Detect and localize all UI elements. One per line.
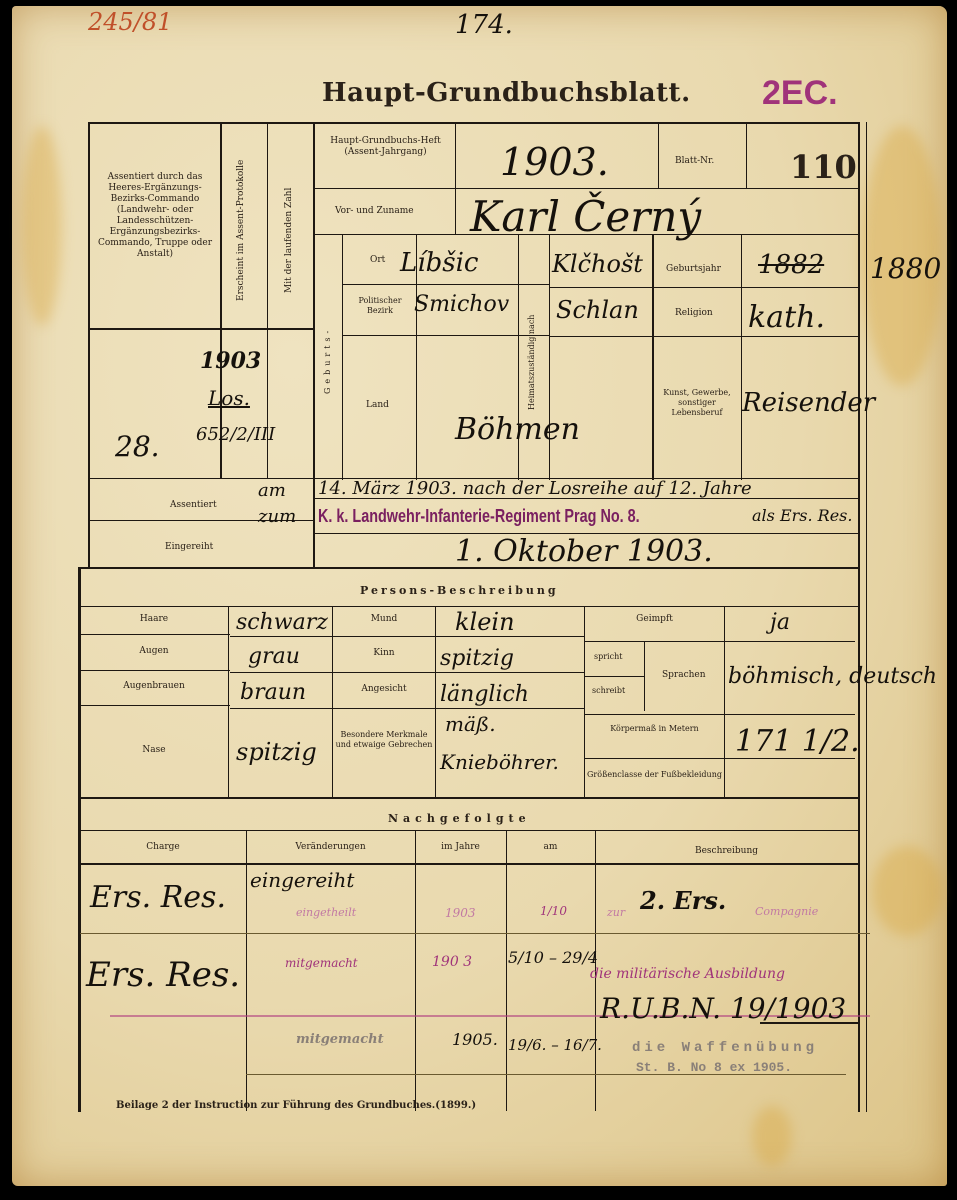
mund-label: Mund	[333, 614, 435, 625]
persons-section-title: Persons-Beschreibung	[360, 584, 559, 597]
row1-beschreibung-prefix: zur	[607, 906, 625, 919]
beruf-value: Reisender	[742, 388, 875, 418]
name-label: Vor- und Zuname	[335, 206, 414, 217]
geburts-label: Geburts-	[323, 300, 333, 420]
eingereiht-label: Eingereiht	[165, 542, 213, 553]
merkmale-value-2: Knieböhrer.	[440, 750, 559, 774]
row1-veraenderung-stamp: eingetheilt	[296, 906, 356, 919]
heft-label: Haupt-Grundbuchs-Heft (Assent-Jahrgang)	[318, 136, 453, 158]
nase-label: Nase	[80, 745, 228, 756]
heimat-label: Heimatszuständig nach	[527, 250, 537, 475]
row3-beschreibung-stamp: die Waffenübung	[632, 1040, 818, 1056]
row2-beschreibung-hand: R.U.B.N. 19/1903	[600, 992, 846, 1025]
geimpft-value: ja	[770, 610, 790, 635]
blatt-label: Blatt-Nr.	[675, 156, 714, 167]
page-title: Haupt-Grundbuchsblatt.	[322, 78, 691, 108]
geburtsjahr-struck-value: 1882	[758, 250, 824, 280]
angesicht-value: länglich	[440, 682, 529, 707]
angesicht-label: Angesicht	[333, 684, 435, 695]
zum-value: zum	[258, 506, 296, 527]
kinn-label: Kinn	[333, 648, 435, 659]
augenbrauen-value: braun	[240, 680, 306, 705]
row2-jahr: 190 3	[432, 954, 472, 970]
row2-am: 5/10 – 29/4	[508, 948, 598, 967]
laufende-zahl-label: Mit der laufenden Zahl	[284, 160, 295, 320]
page-number: 174.	[455, 10, 513, 40]
am-value: am	[258, 480, 286, 501]
geburtsjahr-margin-value: 1880	[870, 252, 941, 285]
koerpermass-label: Körpermaß in Metern	[585, 724, 724, 734]
row3-am: 19/6. – 16/7.	[508, 1036, 602, 1054]
assent-line-1: 14. März 1903. nach der Losreihe auf 12.…	[318, 478, 752, 499]
schreibt-label: schreibt	[592, 686, 625, 696]
beruf-label: Kunst, Gewerbe, sonstiger Lebensberuf	[655, 388, 739, 418]
sprachen-value: böhmisch, deutsch	[728, 664, 937, 689]
merkmale-label: Besondere Merkmale und etwaige Gebrechen	[335, 730, 433, 750]
assent-number-value: 28.	[115, 430, 160, 463]
merkmale-value-1: mäß.	[445, 712, 496, 736]
col-charge: Charge	[80, 842, 246, 853]
nase-value: spitzig	[236, 738, 317, 766]
row1-jahr: 1903	[445, 906, 476, 920]
protokoll-value: 652/2/III	[196, 424, 275, 445]
col-im-jahre: im Jahre	[415, 842, 506, 853]
row3-jahr: 1905.	[452, 1030, 498, 1049]
augenbrauen-label: Augenbrauen	[80, 681, 228, 692]
religion-label: Religion	[675, 308, 713, 319]
religion-value: kath.	[748, 300, 825, 335]
bezirk-label: Politischer Bezirk	[346, 296, 414, 316]
row1-beschreibung-hand: 2. Ers.	[640, 886, 726, 915]
heimat-bezirk-value: Schlan	[556, 296, 639, 324]
assent-line-2-suffix: als Ers. Res.	[752, 506, 852, 525]
nachgefolgte-section-title: Nachgefolgte	[388, 812, 531, 825]
augen-label: Augen	[80, 646, 228, 657]
haare-value: schwarz	[236, 610, 328, 635]
stamp-code: 2EC.	[762, 74, 838, 113]
spricht-label: spricht	[594, 652, 622, 662]
archive-number: 245/81	[88, 8, 172, 36]
row2-veraenderung-stamp: mitgemacht	[285, 956, 358, 970]
heimat-ort-value: Klčhošt	[552, 250, 643, 278]
assent-line-3: 1. Oktober 1903.	[455, 534, 713, 569]
col-veraenderungen: Veränderungen	[246, 842, 415, 853]
land-label: Land	[366, 400, 389, 411]
geburtsjahr-label: Geburtsjahr	[666, 264, 721, 275]
row1-veraenderung-hand: eingereiht	[250, 868, 354, 892]
heft-value: 1903.	[500, 140, 609, 184]
row1-am: 1/10	[540, 904, 567, 918]
blatt-value: 110	[790, 148, 857, 186]
ort-value: Líbšic	[400, 248, 478, 278]
haare-label: Haare	[80, 614, 228, 625]
row1-charge: Ers. Res.	[90, 880, 226, 915]
geimpft-label: Geimpft	[585, 614, 724, 625]
assent-year-value: 1903	[200, 348, 261, 374]
fussbekleidung-label: Größenclasse der Fußbekleidung	[585, 770, 724, 780]
regiment-stamp: K. k. Landwehr-Infanterie-Regiment Prag …	[318, 506, 640, 527]
bezirk-value: Smichov	[414, 292, 509, 317]
col-am: am	[506, 842, 595, 853]
footer-note: Beilage 2 der Instruction zur Führung de…	[116, 1100, 476, 1111]
assentiert-durch-label: Assentiert durch das Heeres-Ergänzungs-B…	[92, 172, 218, 260]
ort-label: Ort	[370, 255, 385, 266]
row3-beschreibung-line2: St. B. No 8 ex 1905.	[636, 1060, 792, 1075]
row2-beschreibung-stamp: die militärische Ausbildung	[590, 966, 785, 982]
row1-beschreibung-suffix: Compagnie	[755, 905, 818, 918]
protokoll-label: Erscheint im Assent-Protokolle	[236, 140, 247, 320]
row3-veraenderung-stamp: mitgemacht	[296, 1032, 384, 1047]
assent-los-value: Los.	[208, 386, 250, 410]
kinn-value: spitzig	[440, 646, 514, 671]
koerpermass-value: 171 1/2.	[735, 724, 860, 759]
augen-value: grau	[248, 644, 300, 669]
name-value: Karl Černý	[470, 192, 701, 241]
sprachen-label: Sprachen	[662, 670, 706, 681]
row2-charge: Ers. Res.	[86, 955, 240, 995]
col-beschreibung: Beschreibung	[595, 846, 858, 857]
assentiert-label: Assentiert	[170, 500, 217, 511]
mund-value: klein	[455, 608, 515, 636]
land-value: Böhmen	[455, 412, 580, 447]
